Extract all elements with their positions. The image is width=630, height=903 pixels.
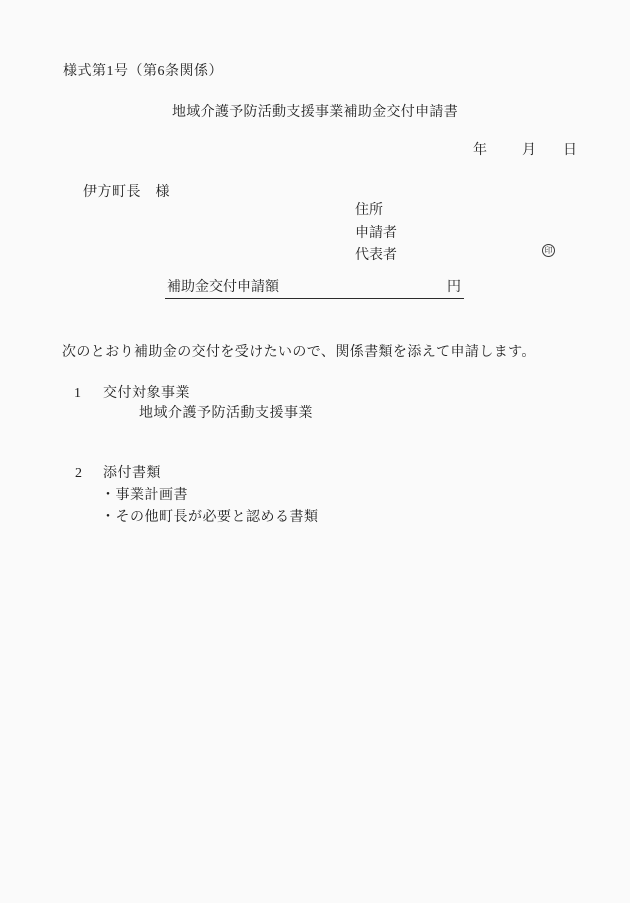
application-form-page: 様式第1号（第6条関係） 地域介護予防活動支援事業補助金交付申請書 年 月 日 … (0, 0, 630, 903)
seal-mark-icon: 印 (542, 244, 555, 257)
attachment-item: ・事業計画書 (101, 488, 188, 504)
amount-underline: 補助金交付申請額 円 (165, 280, 464, 299)
address-label: 住所 (355, 203, 383, 219)
section1-content: 地域介護予防活動支援事業 (139, 406, 313, 422)
representative-label: 代表者 (355, 248, 397, 264)
section2-number: 2 (75, 466, 82, 482)
seal-character: 印 (545, 247, 553, 255)
amount-unit-label: 円 (447, 280, 461, 296)
section1-heading: 交付対象事業 (103, 386, 190, 402)
form-number: 様式第1号（第6条関係） (63, 64, 223, 80)
addressee: 伊方町長 様 (83, 185, 170, 201)
body-text: 次のとおり補助金の交付を受けたいので、関係書類を添えて申請します。 (62, 345, 536, 361)
section2-heading: 添付書類 (103, 466, 161, 482)
amount-label: 補助金交付申請額 (167, 280, 279, 296)
attachment-item: ・その他町長が必要と認める書類 (101, 510, 319, 526)
document-title: 地域介護予防活動支援事業補助金交付申請書 (0, 105, 630, 121)
date-year-label: 年 (473, 143, 487, 159)
date-day-label: 日 (563, 143, 577, 159)
section1-number: 1 (74, 386, 81, 402)
applicant-label: 申請者 (355, 226, 397, 242)
date-month-label: 月 (522, 143, 536, 159)
